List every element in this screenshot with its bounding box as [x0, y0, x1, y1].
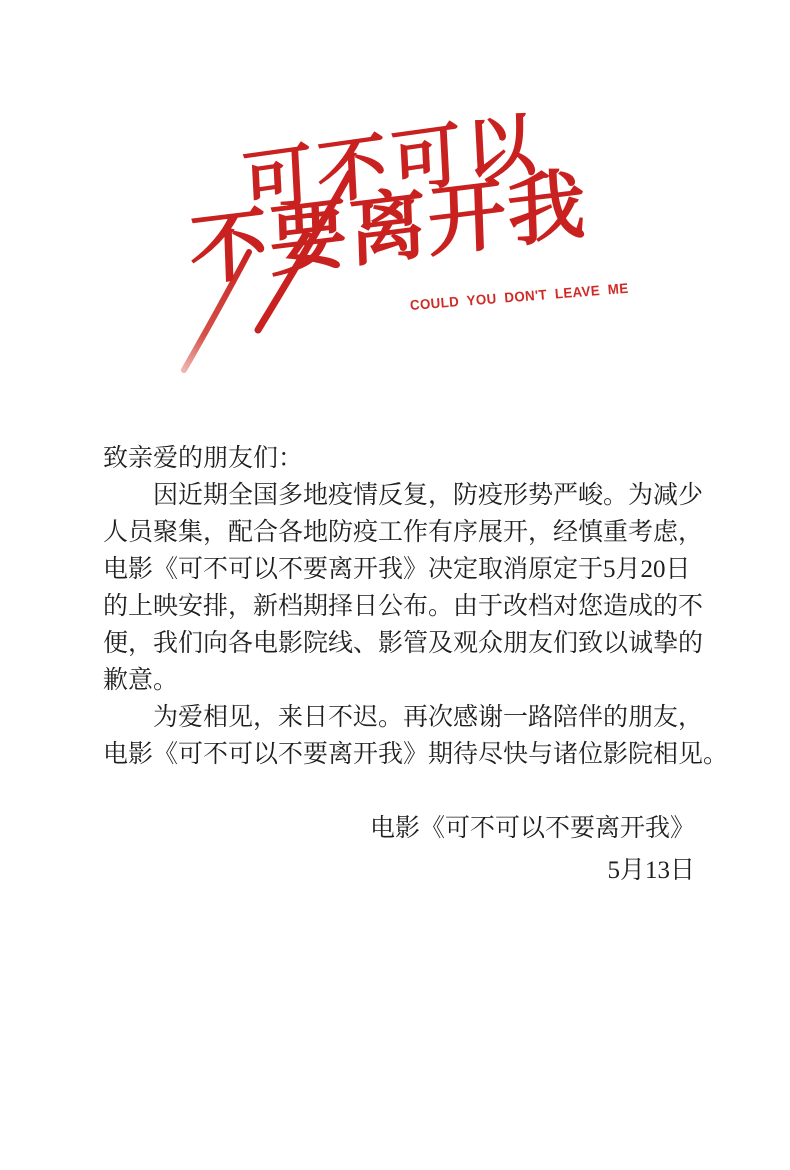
letter-line: 歉意。 — [103, 662, 743, 699]
letter-line: 电影《可不可以不要离开我》期待尽快与诸位影院相见。 — [103, 736, 743, 773]
announcement-page: 可不可以 不要离开我 COULD YOU DON'T LEAVE ME 致亲爱的… — [0, 0, 790, 1170]
letter-line: 人员聚集，配合各地防疫工作有序展开，经慎重考虑， — [103, 514, 743, 551]
letter-line: 的上映安排，新档期择日公布。由于改档对您造成的不 — [103, 588, 743, 625]
letter-line: 电影《可不可以不要离开我》决定取消原定于5月20日 — [103, 551, 743, 588]
signature-movie-title: 电影《可不可以不要离开我》 — [370, 808, 695, 850]
signature-date: 5月13日 — [370, 850, 695, 892]
letter-line: 便，我们向各电影院线、影管及观众朋友们致以诚挚的 — [103, 625, 743, 662]
letter-line: 因近期全国多地疫情反复，防疫形势严峻。为减少 — [103, 477, 743, 514]
movie-logo: 可不可以 不要离开我 COULD YOU DON'T LEAVE ME — [0, 0, 790, 420]
announcement-letter: 致亲爱的朋友们： 因近期全国多地疫情反复，防疫形势严峻。为减少 人员聚集，配合各… — [103, 440, 743, 773]
letter-salutation: 致亲爱的朋友们： — [103, 440, 743, 477]
signature-block: 电影《可不可以不要离开我》 5月13日 — [370, 808, 695, 892]
letter-line: 为爱相见，来日不迟。再次感谢一路陪伴的朋友， — [103, 699, 743, 736]
